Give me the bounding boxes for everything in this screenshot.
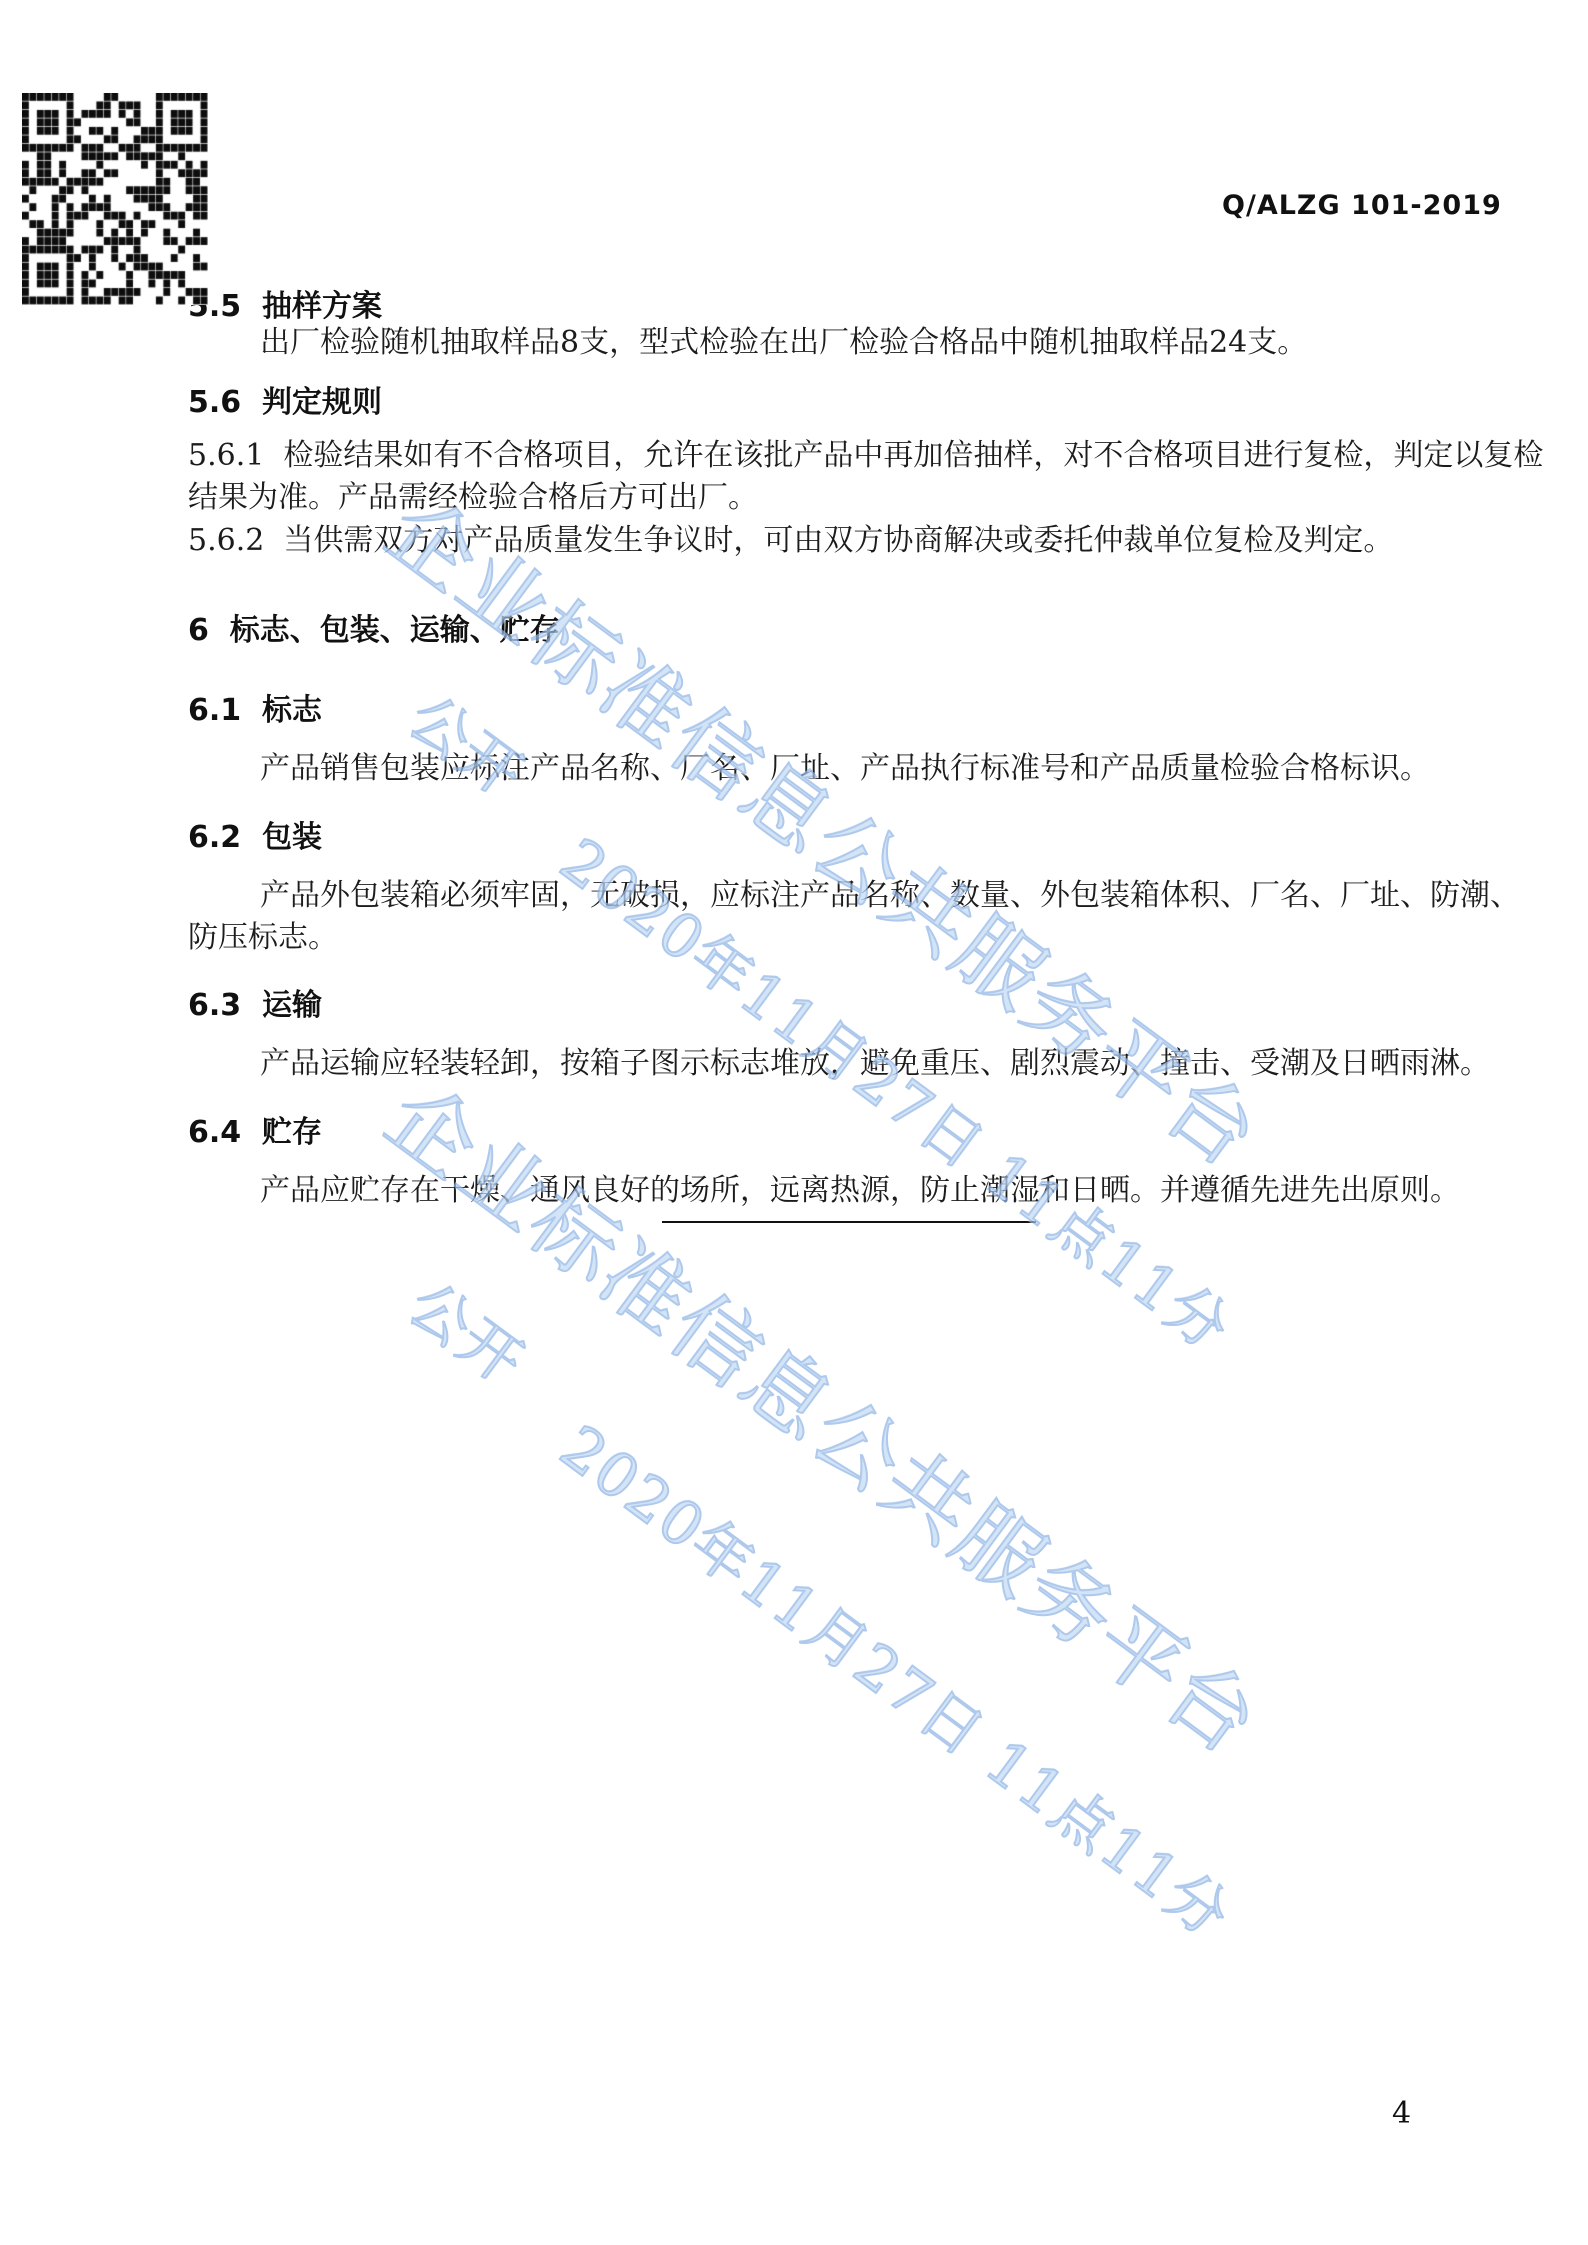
- paragraph-6-4: 产品应贮存在干燥、通风良好的场所，远离热源，防止潮湿和日晒。并遵循先进先出原则。: [188, 1170, 1586, 1212]
- paragraph-5-5: 出厂检验随机抽取样品8支，型式检验在出厂检验合格品中随机抽取样品24支。: [188, 322, 1586, 364]
- watermark-platform-text: 企业标准信息公共服务平台: [366, 1050, 1289, 1778]
- heading-6-4: 6.4 贮存: [188, 1107, 322, 1151]
- end-of-text-divider: [662, 1221, 1036, 1223]
- heading-5-6: 5.6 判定规则: [188, 377, 382, 421]
- watermark-public-text: 公开: [394, 1259, 545, 1402]
- qr-code: [22, 93, 208, 305]
- paragraph-6-2: 产品外包装箱必须牢固，无破损，应标注产品名称、数量、外包装箱体积、厂名、厂址、防…: [188, 875, 1586, 959]
- document-page: Q/ALZG 101-2019 5.5 抽样方案 出厂检验随机抽取样品8支，型式…: [0, 0, 1588, 2245]
- doc-number: Q/ALZG 101-2019: [1222, 190, 1502, 221]
- heading-6: 6 标志、包装、运输、贮存: [188, 605, 560, 649]
- heading-6-3: 6.3 运输: [188, 980, 322, 1024]
- paragraph-6-1: 产品销售包装应标注产品名称、厂名、厂址、产品执行标准号和产品质量检验合格标识。: [188, 748, 1586, 790]
- heading-6-2: 6.2 包装: [188, 812, 322, 856]
- page-number: 4: [1392, 2096, 1411, 2131]
- clause-5-6-2: 5.6.2 当供需双方对产品质量发生争议时，可由双方协商解决或委托仲裁单位复检及…: [188, 520, 1586, 562]
- clause-5-6-1: 5.6.1 检验结果如有不合格项目，允许在该批产品中再加倍抽样，对不合格项目进行…: [188, 435, 1586, 519]
- watermark-timestamp-text: 2020年11月27日 11点11分: [546, 1402, 1251, 1955]
- qr-code-canvas: [22, 93, 208, 305]
- heading-6-1: 6.1 标志: [188, 685, 322, 729]
- watermark-public-text: 公开: [394, 672, 545, 815]
- heading-5-5: 5.5 抽样方案: [188, 281, 382, 325]
- paragraph-6-3: 产品运输应轻装轻卸，按箱子图示标志堆放，避免重压、剧烈震动、撞击、受潮及日晒雨淋…: [188, 1043, 1586, 1085]
